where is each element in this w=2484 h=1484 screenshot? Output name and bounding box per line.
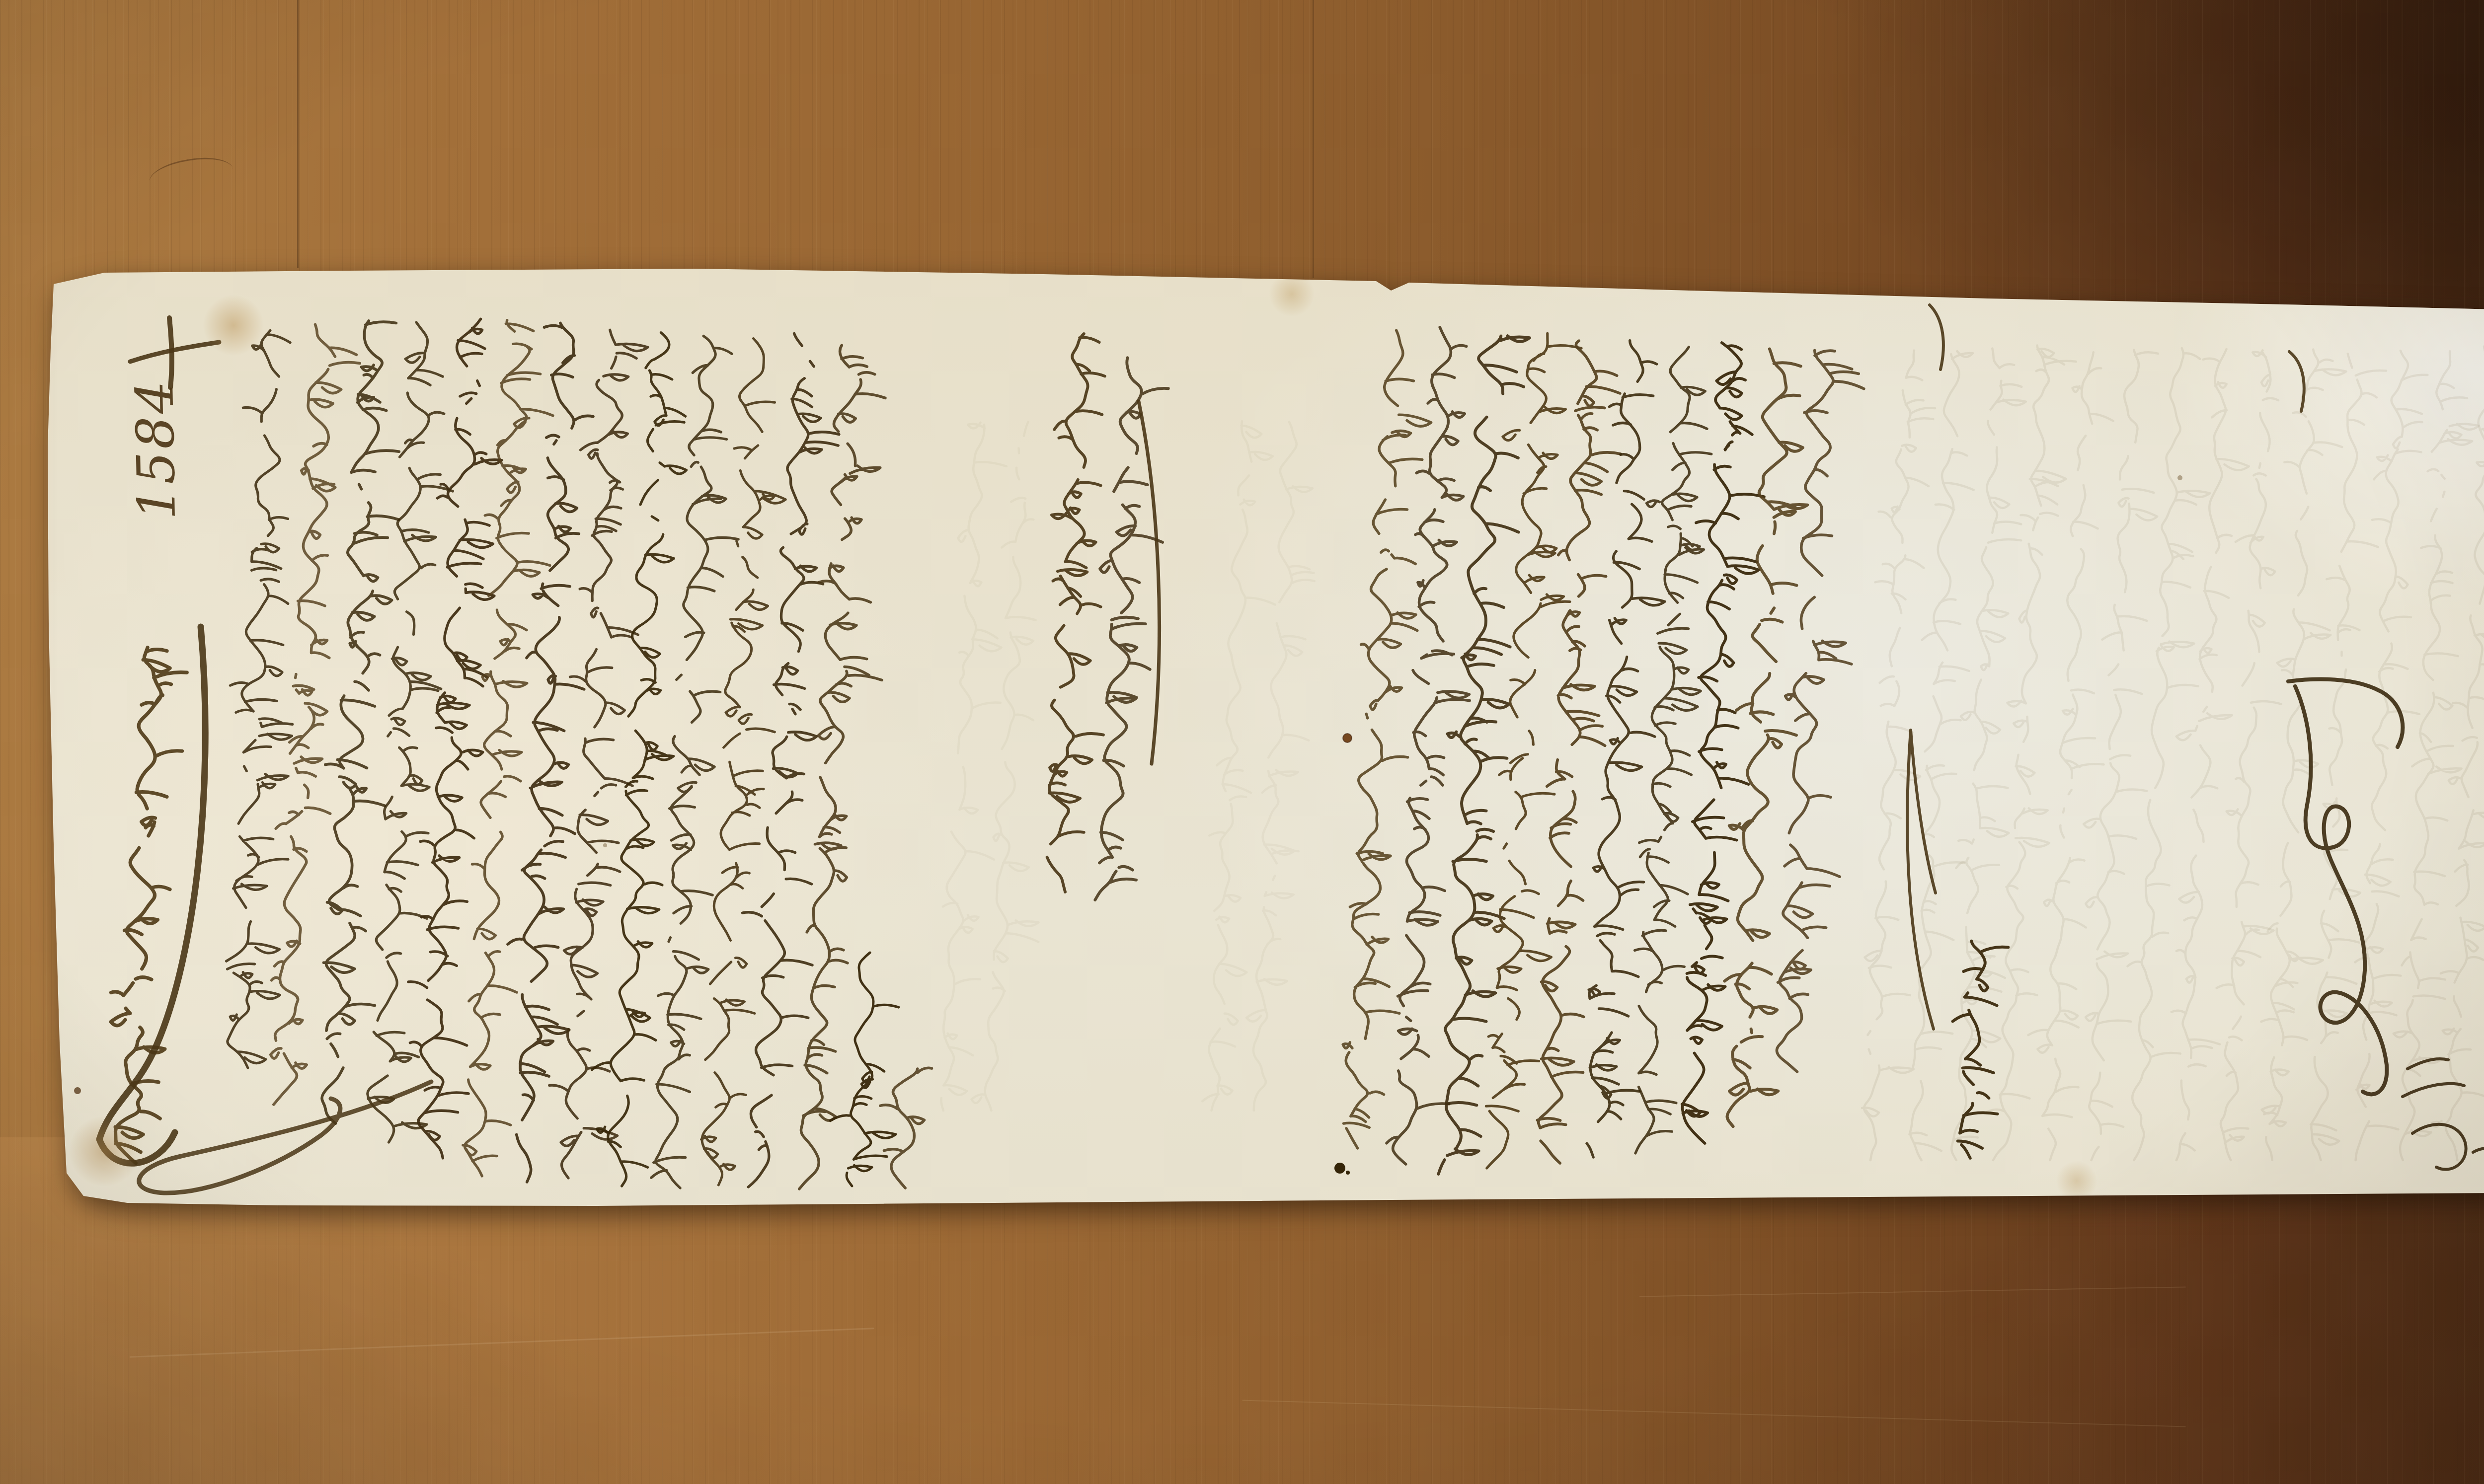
paper-shadow-wrapper: 1584 <box>0 0 2484 1484</box>
paper-speck <box>1642 1210 1647 1215</box>
year-date: 1584 <box>124 378 187 520</box>
witness-clause <box>1047 334 1168 900</box>
notary-signature <box>2288 679 2403 1095</box>
opening-paraph <box>139 1082 431 1193</box>
ink-stroke <box>139 1082 431 1193</box>
ink-stroke <box>1724 349 1807 1127</box>
ink-stroke <box>592 333 687 1186</box>
ink-stroke <box>2028 352 2113 1160</box>
second-text-block <box>1343 327 1864 1174</box>
ink-stroke <box>2084 350 2158 1160</box>
ink-stroke <box>1486 333 1581 1168</box>
ink-blot-satellite <box>1346 1171 1350 1175</box>
ink-stroke <box>830 953 899 1186</box>
heading-script <box>99 627 205 1163</box>
paper-speck <box>2177 475 2182 480</box>
ink-stroke <box>130 342 219 362</box>
ink-stroke <box>2394 351 2479 1160</box>
ink-stroke <box>1682 343 1764 1143</box>
ink-blot <box>1334 1163 1345 1174</box>
ink-stroke <box>2217 350 2281 1160</box>
ink-stroke <box>880 1068 932 1188</box>
ink-stroke <box>1951 349 2026 1160</box>
ink-stroke <box>1953 941 2009 1158</box>
ink-stroke <box>227 330 293 1068</box>
year-1584-text: 1584 <box>124 378 187 520</box>
ink-stroke <box>2261 350 2346 1161</box>
ink-stroke <box>463 320 553 1176</box>
ink-stroke <box>2473 1148 2484 1159</box>
ink-stroke <box>972 422 1039 1111</box>
ink-stroke <box>1139 401 1160 764</box>
paper-speck <box>74 1087 81 1094</box>
ink-stroke <box>1777 351 1863 1072</box>
ink-stroke <box>799 345 885 1189</box>
ink-stroke <box>651 336 738 1188</box>
ink-stroke <box>1930 305 1943 370</box>
photo-of-manuscript: 1584 <box>0 0 2484 1484</box>
ink-stroke <box>1246 422 1315 1111</box>
manuscript-paper: 1584 <box>0 0 2484 1484</box>
ink-stroke <box>1910 351 1974 1160</box>
ink-stroke <box>2311 354 2386 1160</box>
edge-hooks <box>1930 305 2304 411</box>
ink-stroke <box>2403 1084 2464 1097</box>
ink-stroke <box>1047 334 1105 892</box>
ink-stroke <box>549 330 648 1178</box>
ink-stroke <box>1907 730 1936 1029</box>
ink-stroke <box>1343 330 1431 1148</box>
ink-stroke <box>1862 351 1935 1160</box>
paper-speck <box>603 843 607 847</box>
handwriting-ink-layer: 1584 <box>0 0 2484 1484</box>
ink-stroke <box>743 334 839 1187</box>
ink-stroke <box>2432 347 2484 1161</box>
ink-stroke <box>111 648 187 1163</box>
ink-stroke <box>2289 352 2304 411</box>
cross-mark <box>130 318 219 387</box>
paper-hole <box>1343 734 1352 742</box>
handwriting-strokes <box>99 305 2484 1193</box>
ink-stroke <box>1387 327 1470 1164</box>
ink-stroke <box>2128 348 2210 1160</box>
ink-stroke <box>271 324 360 1105</box>
ink-stroke <box>1587 341 1665 1157</box>
ink-stroke <box>1438 336 1529 1174</box>
ink-stroke <box>1095 358 1168 900</box>
show-through-ghost-text <box>941 345 2484 1160</box>
main-text-block <box>227 319 932 1189</box>
